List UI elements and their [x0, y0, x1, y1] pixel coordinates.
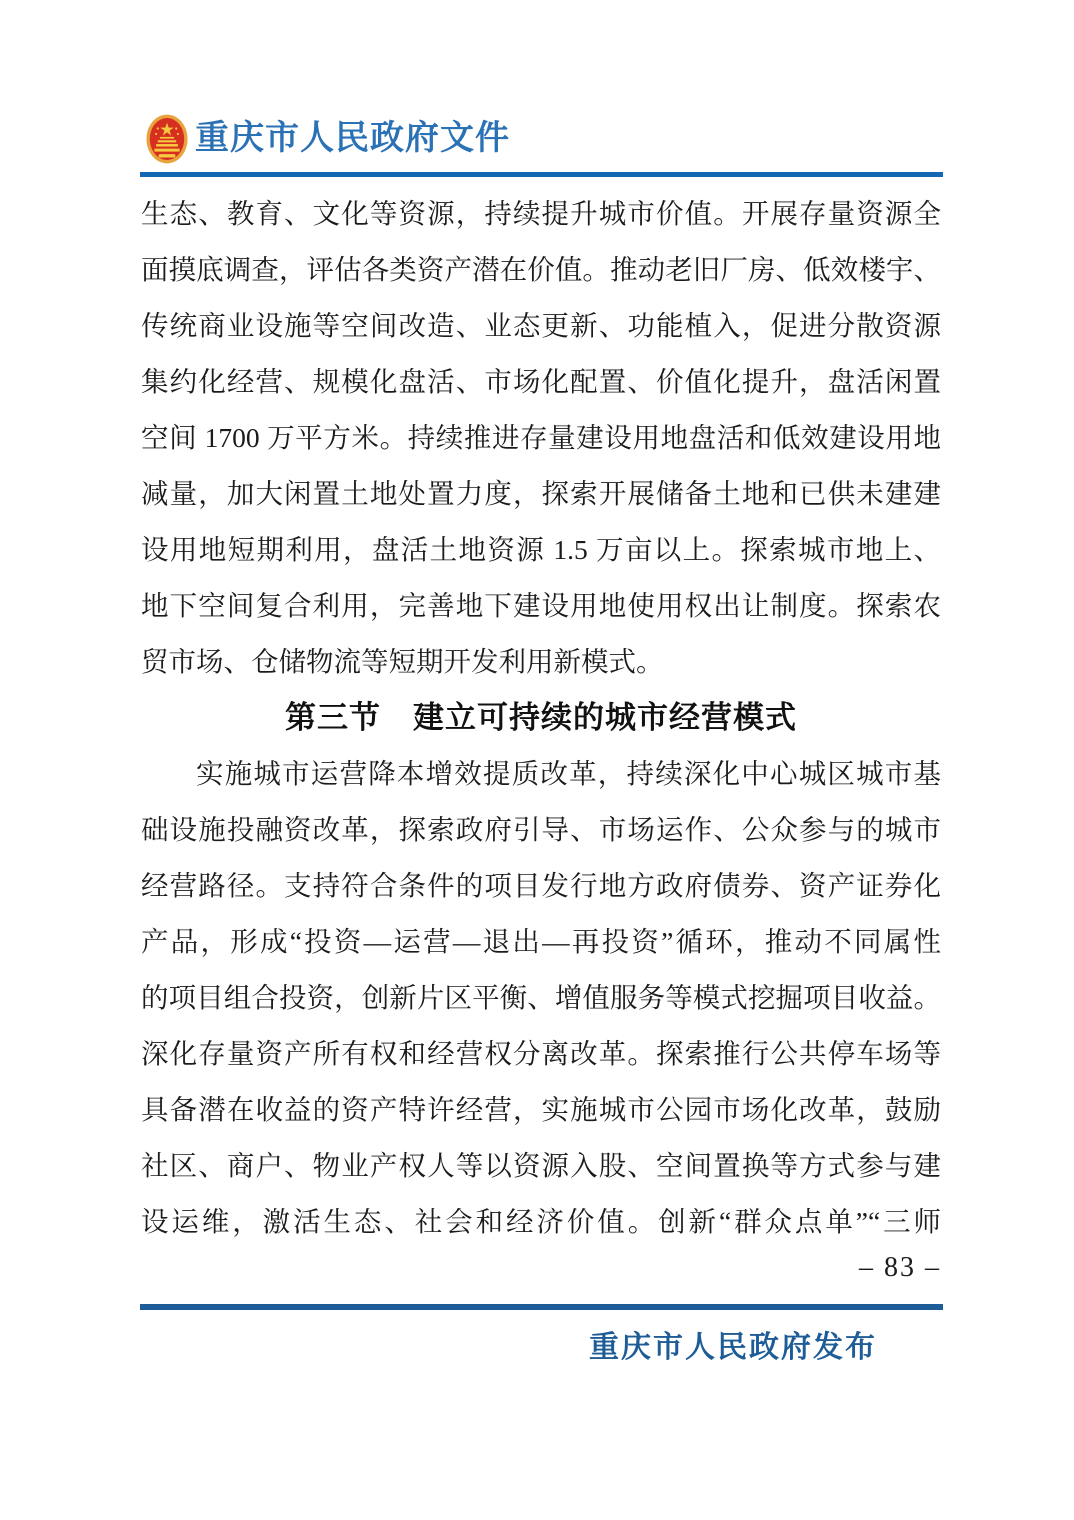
publisher-label: 重庆市人民政府发布	[589, 1331, 877, 1364]
body-line: 空间 1700 万平方米。持续推进存量建设用地盘活和低效建设用地	[141, 410, 941, 466]
body-line: 面摸底调查，评估各类资产潜在价值。推动老旧厂房、低效楼宇、	[141, 242, 941, 298]
body-line: 深化存量资产所有权和经营权分离改革。探索推行公共停车场等	[141, 1026, 941, 1082]
body-line: 的项目组合投资，创新片区平衡、增值服务等模式挖掘项目收益。	[141, 970, 941, 1026]
page-number: – 83 –	[141, 1252, 941, 1284]
header-divider-rule	[140, 172, 943, 177]
document-page: 重庆市人民政府文件 生态、教育、文化等资源，持续提升城市价值。开展存量资源全 面…	[0, 0, 1074, 1520]
body-line: 集约化经营、规模化盘活、市场化配置、价值化提升，盘活闲置	[141, 354, 941, 410]
body-line: 贸市场、仓储物流等短期开发利用新模式。	[141, 634, 941, 690]
body-line: 具备潜在收益的资产特许经营，实施城市公园市场化改革，鼓励	[141, 1082, 941, 1138]
body-line: 社区、商户、物业产权人等以资源入股、空间置换等方式参与建	[141, 1138, 941, 1194]
section-heading: 第三节 建立可持续的城市经营模式	[141, 690, 941, 746]
body-line: 产品，形成“投资—运营—退出—再投资”循环，推动不同属性	[141, 914, 941, 970]
body-line: 础设施投融资改革，探索政府引导、市场运作、公众参与的城市	[141, 802, 941, 858]
document-title: 重庆市人民政府文件	[195, 114, 510, 164]
footer: 重庆市人民政府发布	[140, 1322, 877, 1366]
body-line: 生态、教育、文化等资源，持续提升城市价值。开展存量资源全	[141, 186, 941, 242]
body-line: 设运维，激活生态、社会和经济价值。创新“群众点单”“三师	[141, 1194, 941, 1250]
document-body: 生态、教育、文化等资源，持续提升城市价值。开展存量资源全 面摸底调查，评估各类资…	[141, 186, 941, 1250]
footer-divider-rule	[140, 1304, 943, 1310]
national-emblem-icon	[146, 114, 188, 164]
body-line: 实施城市运营降本增效提质改革，持续深化中心城区城市基	[141, 746, 941, 802]
body-line: 设用地短期利用，盘活土地资源 1.5 万亩以上。探索城市地上、	[141, 522, 941, 578]
body-line: 减量，加大闲置土地处置力度，探索开展储备土地和已供未建建	[141, 466, 941, 522]
body-line: 传统商业设施等空间改造、业态更新、功能植入，促进分散资源	[141, 298, 941, 354]
body-line: 经营路径。支持符合条件的项目发行地方政府债券、资产证券化	[141, 858, 941, 914]
body-line: 地下空间复合利用，完善地下建设用地使用权出让制度。探索农	[141, 578, 941, 634]
document-header: 重庆市人民政府文件	[146, 114, 510, 164]
